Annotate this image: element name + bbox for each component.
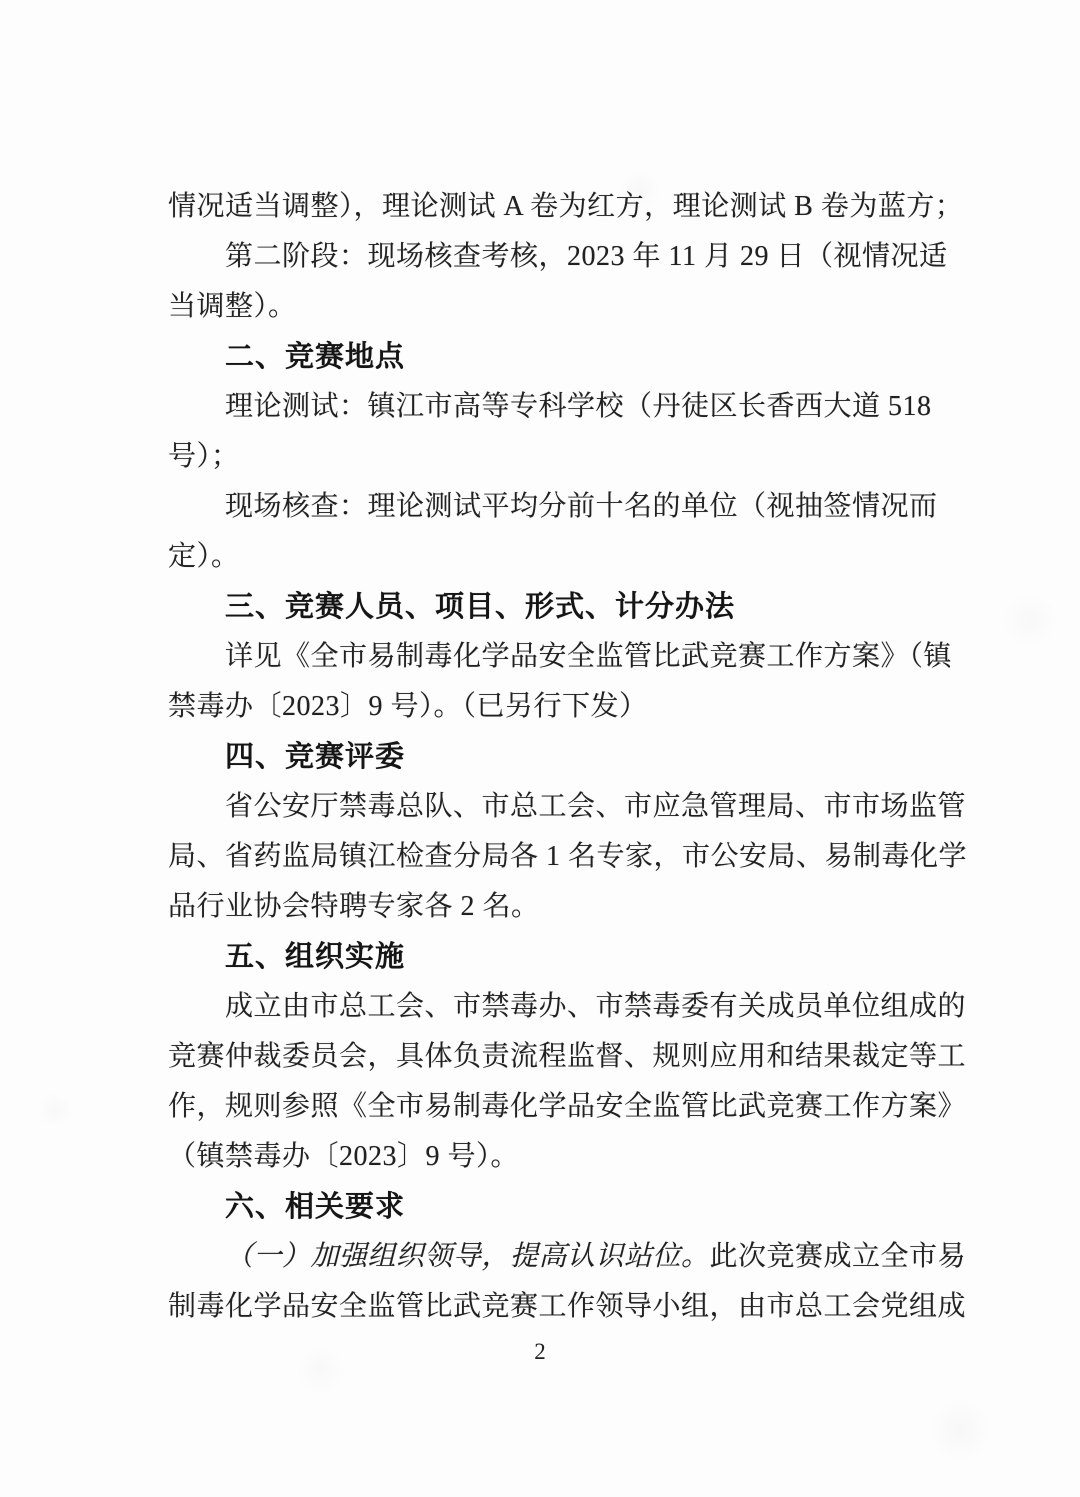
text-line: 四、竞赛评委 [168,732,943,782]
section-heading: 六、相关要求 [168,1182,943,1232]
paragraph: 现场核查：理论测试平均分前十名的单位（视抽签情况而定）。 [168,482,943,582]
text-line: 二、竞赛地点 [168,332,943,382]
text-line: 定）。 [168,532,943,582]
page-number: 2 [534,1339,546,1364]
body-text: 此次竞赛成立全市易 [710,1241,967,1272]
paragraph: 成立由市总工会、市禁毒办、市禁毒委有关成员单位组成的竞赛仲裁委员会，具体负责流程… [168,982,943,1182]
scanned-document-page: 情况适当调整），理论测试 A 卷为红方，理论测试 B 卷为蓝方；第二阶段：现场核… [0,0,1080,1497]
text-line: 局、省药监局镇江检查分局各 1 名专家，市公安局、易制毒化学 [168,832,943,882]
text-line: 当调整）。 [168,282,943,332]
paragraph: 理论测试：镇江市高等专科学校（丹徒区长香西大道 518号）； [168,382,943,482]
text-line: 理论测试：镇江市高等专科学校（丹徒区长香西大道 518 [168,382,943,432]
text-line: 禁毒办〔2023〕9 号）。（已另行下发） [168,682,943,732]
section-heading: 二、竞赛地点 [168,332,943,382]
paragraph: 省公安厅禁毒总队、市总工会、市应急管理局、市市场监管局、省药监局镇江检查分局各 … [168,782,943,932]
text-line: 五、组织实施 [168,932,943,982]
text-line: 情况适当调整），理论测试 A 卷为红方，理论测试 B 卷为蓝方； [168,182,943,232]
emphasis-text: （一）加强组织领导，提高认识站位。 [225,1241,710,1272]
text-line: 三、竞赛人员、项目、形式、计分办法 [168,582,943,632]
text-line: 号）； [168,432,943,482]
text-line: （一）加强组织领导，提高认识站位。此次竞赛成立全市易 [168,1232,943,1282]
text-line: 制毒化学品安全监管比武竞赛工作领导小组，由市总工会党组成 [168,1282,943,1332]
text-line: 成立由市总工会、市禁毒办、市禁毒委有关成员单位组成的 [168,982,943,1032]
document-body: 情况适当调整），理论测试 A 卷为红方，理论测试 B 卷为蓝方；第二阶段：现场核… [168,182,943,1332]
text-line: （镇禁毒办〔2023〕9 号）。 [168,1132,943,1182]
text-line: 现场核查：理论测试平均分前十名的单位（视抽签情况而 [168,482,943,532]
text-line: 详见《全市易制毒化学品安全监管比武竞赛工作方案》（镇 [168,632,943,682]
paragraph: 情况适当调整），理论测试 A 卷为红方，理论测试 B 卷为蓝方； [168,182,943,232]
text-line: 竞赛仲裁委员会，具体负责流程监督、规则应用和结果裁定等工 [168,1032,943,1082]
section-heading: 四、竞赛评委 [168,732,943,782]
paragraph: 详见《全市易制毒化学品安全监管比武竞赛工作方案》（镇禁毒办〔2023〕9 号）。… [168,632,943,732]
page-footer: 2 [0,1333,1080,1371]
text-line: 品行业协会特聘专家各 2 名。 [168,882,943,932]
text-line: 作，规则参照《全市易制毒化学品安全监管比武竞赛工作方案》 [168,1082,943,1132]
paragraph: 第二阶段：现场核查考核，2023 年 11 月 29 日（视情况适当调整）。 [168,232,943,332]
section-heading: 五、组织实施 [168,932,943,982]
text-line: 第二阶段：现场核查考核，2023 年 11 月 29 日（视情况适 [168,232,943,282]
text-line: 六、相关要求 [168,1182,943,1232]
section-heading: 三、竞赛人员、项目、形式、计分办法 [168,582,943,632]
text-line: 省公安厅禁毒总队、市总工会、市应急管理局、市市场监管 [168,782,943,832]
paragraph: （一）加强组织领导，提高认识站位。此次竞赛成立全市易制毒化学品安全监管比武竞赛工… [168,1232,943,1332]
